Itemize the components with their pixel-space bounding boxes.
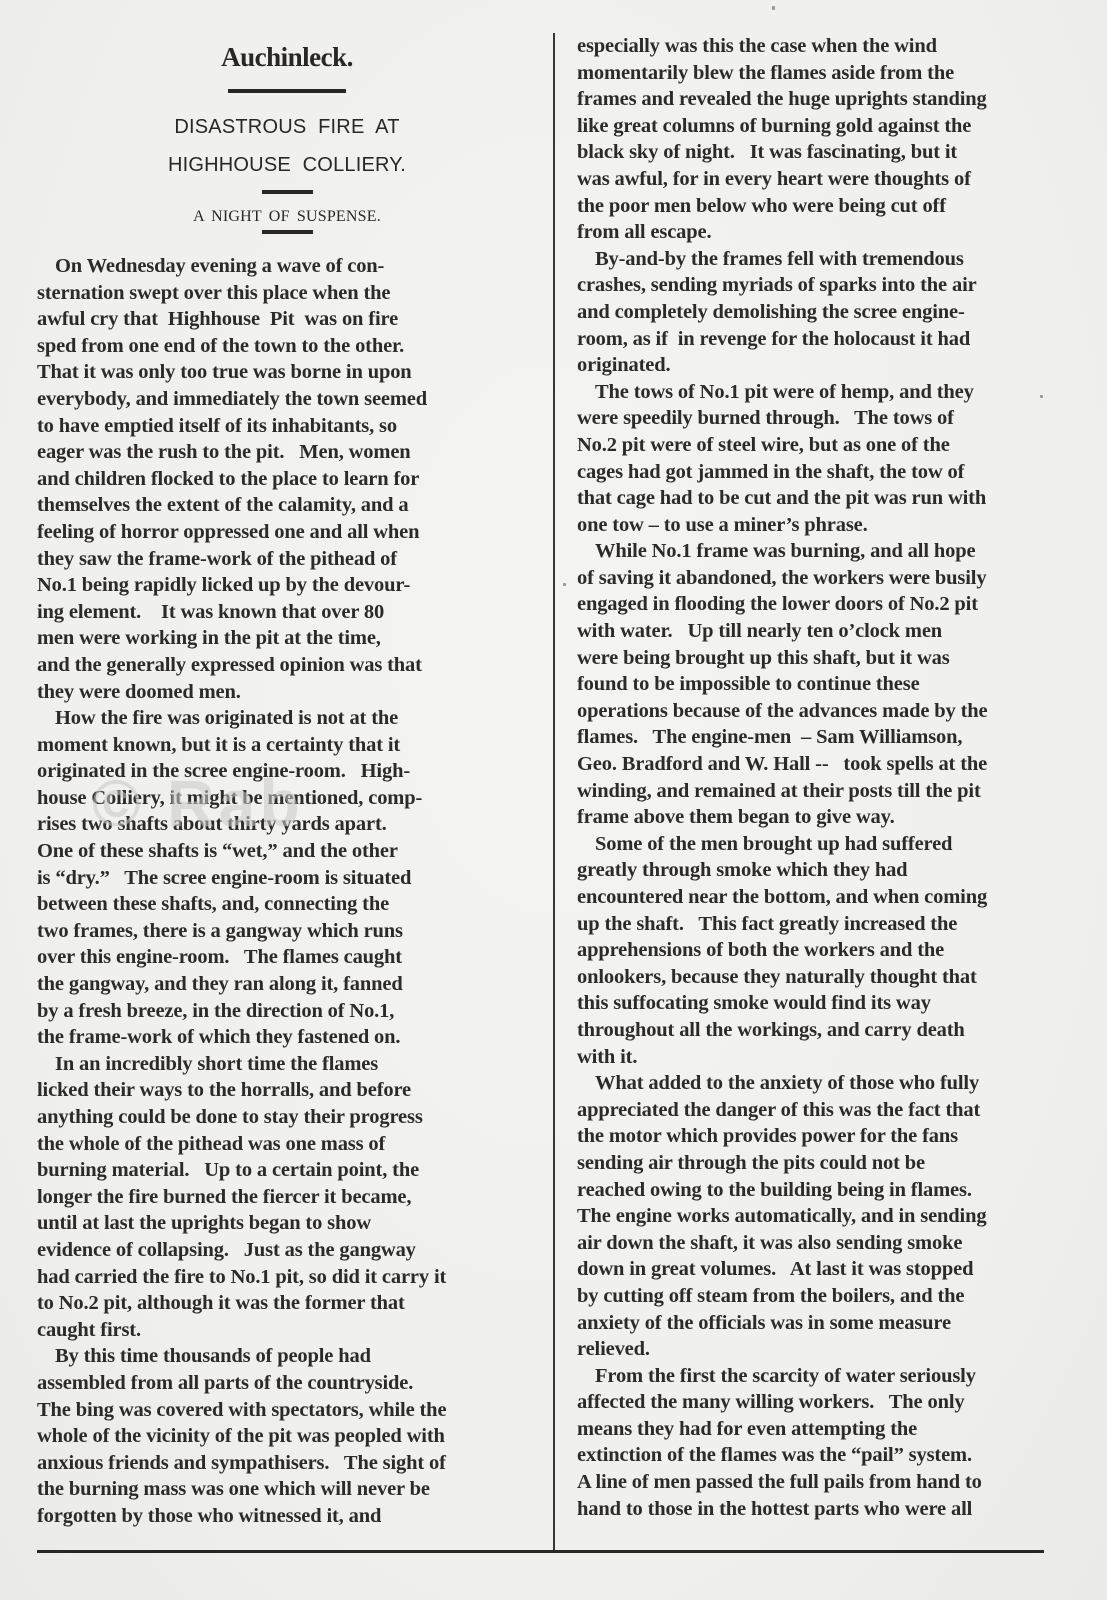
- text-line: and children flocked to the place to lea…: [37, 466, 537, 493]
- text-line: No.1 being rapidly licked up by the devo…: [37, 572, 537, 599]
- text-line: to have emptied itself of its inhabitant…: [37, 413, 537, 440]
- paragraph-first-line: Some of the men brought up had suffered: [577, 831, 1057, 858]
- text-line: whole of the vicinity of the pit was peo…: [37, 1423, 537, 1450]
- paragraph-first-line: By-and-by the frames fell with tremendou…: [577, 246, 1057, 273]
- text-line: had carried the fire to No.1 pit, so did…: [37, 1264, 537, 1291]
- text-line: from all escape.: [577, 219, 1057, 246]
- text-line: especially was this the case when the wi…: [577, 33, 1057, 60]
- text-line: relieved.: [577, 1336, 1057, 1363]
- text-line: That it was only too true was borne in u…: [37, 359, 537, 386]
- text-line: cages had got jammed in the shaft, the t…: [577, 459, 1057, 486]
- text-line: flames. The engine-men – Sam Williamson,: [577, 724, 1057, 751]
- text-line: longer the fire burned the fiercer it be…: [37, 1184, 537, 1211]
- text-line: caught first.: [37, 1317, 537, 1344]
- text-line: one tow – to use a miner’s phrase.: [577, 512, 1057, 539]
- text-line: men were working in the pit at the time,: [37, 625, 537, 652]
- text-line: until at last the uprights began to show: [37, 1210, 537, 1237]
- text-line: by cutting off steam from the boilers, a…: [577, 1283, 1057, 1310]
- text-line: air down the shaft, it was also sending …: [577, 1230, 1057, 1257]
- text-line: black sky of night. It was fascinating, …: [577, 139, 1057, 166]
- text-line: found to be impossible to continue these: [577, 671, 1057, 698]
- text-line: means they had for even attempting the: [577, 1416, 1057, 1443]
- text-line: by a fresh breeze, in the direction of N…: [37, 998, 537, 1025]
- text-line: up the shaft. This fact greatly increase…: [577, 911, 1057, 938]
- headline-rule: [262, 190, 313, 194]
- paragraph-first-line: By this time thousands of people had: [37, 1343, 537, 1370]
- headline-line-1: DISASTROUS FIRE AT: [37, 107, 537, 148]
- text-line: hand to those in the hottest parts who w…: [577, 1496, 1057, 1523]
- town-title: Auchinleck.: [37, 40, 537, 74]
- text-line: reached owing to the building being in f…: [577, 1177, 1057, 1204]
- text-line: were speedily burned through. The tows o…: [577, 405, 1057, 432]
- text-line: feeling of horror oppressed one and all …: [37, 519, 537, 546]
- text-line: engaged in flooding the lower doors of N…: [577, 591, 1057, 618]
- text-line: is “dry.” The scree engine-room is situa…: [37, 865, 537, 892]
- text-line: operations because of the advances made …: [577, 698, 1057, 725]
- text-line: extinction of the flames was the “pail” …: [577, 1442, 1057, 1469]
- text-line: originated in the scree engine-room. Hig…: [37, 758, 537, 785]
- text-line: assembled from all parts of the countrys…: [37, 1370, 537, 1397]
- text-line: the whole of the pithead was one mass of: [37, 1131, 537, 1158]
- text-line: momentarily blew the flames aside from t…: [577, 60, 1057, 87]
- text-line: anxiety of the officials was in some mea…: [577, 1310, 1057, 1337]
- paper-speck: [1040, 395, 1043, 398]
- column-divider: [553, 33, 555, 1552]
- text-line: evidence of collapsing. Just as the gang…: [37, 1237, 537, 1264]
- text-line: themselves the extent of the calamity, a…: [37, 492, 537, 519]
- text-line: forgotten by those who witnessed it, and: [37, 1503, 537, 1530]
- newspaper-clipping-page: Auchinleck. DISASTROUS FIRE AT HIGHHOUSE…: [0, 0, 1107, 1600]
- text-line: The engine works automatically, and in s…: [577, 1203, 1057, 1230]
- text-line: between these shafts, and, connecting th…: [37, 891, 537, 918]
- text-line: appreciated the danger of this was the f…: [577, 1097, 1057, 1124]
- text-line: this suffocating smoke would find its wa…: [577, 990, 1057, 1017]
- paragraph-first-line: What added to the anxiety of those who f…: [577, 1070, 1057, 1097]
- text-line: throughout all the workings, and carry d…: [577, 1017, 1057, 1044]
- text-line: the gangway, and they ran along it, fann…: [37, 971, 537, 998]
- text-line: The bing was covered with spectators, wh…: [37, 1397, 537, 1424]
- text-line: down in great volumes. At last it was st…: [577, 1256, 1057, 1283]
- headline: DISASTROUS FIRE AT HIGHHOUSE COLLIERY.: [37, 107, 537, 186]
- text-line: they saw the frame-work of the pithead o…: [37, 546, 537, 573]
- text-line: Geo. Bradford and W. Hall -- took spells…: [577, 751, 1057, 778]
- text-line: that cage had to be cut and the pit was …: [577, 485, 1057, 512]
- text-line: of saving it abandoned, the workers were…: [577, 565, 1057, 592]
- text-line: house Colliery, it might be mentioned, c…: [37, 785, 537, 812]
- text-line: greatly through smoke which they had: [577, 857, 1057, 884]
- paragraph-first-line: While No.1 frame was burning, and all ho…: [577, 538, 1057, 565]
- text-line: crashes, sending myriads of sparks into …: [577, 272, 1057, 299]
- text-line: the frame-work of which they fastened on…: [37, 1024, 537, 1051]
- paper-speck: [563, 583, 566, 586]
- text-line: and the generally expressed opinion was …: [37, 652, 537, 679]
- text-line: A line of men passed the full pails from…: [577, 1469, 1057, 1496]
- text-line: burning material. Up to a certain point,…: [37, 1157, 537, 1184]
- text-line: ing element. It was known that over 80: [37, 599, 537, 626]
- text-line: and completely demolishing the scree eng…: [577, 299, 1057, 326]
- text-line: frames and revealed the huge uprights st…: [577, 86, 1057, 113]
- text-line: were being brought up this shaft, but it…: [577, 645, 1057, 672]
- text-line: affected the many willing workers. The o…: [577, 1389, 1057, 1416]
- text-line: One of these shafts is “wet,” and the ot…: [37, 838, 537, 865]
- text-line: the motor which provides power for the f…: [577, 1123, 1057, 1150]
- text-line: they were doomed men.: [37, 679, 537, 706]
- text-line: anything could be done to stay their pro…: [37, 1104, 537, 1131]
- text-line: like great columns of burning gold again…: [577, 113, 1057, 140]
- paragraph-first-line: The tows of No.1 pit were of hemp, and t…: [577, 379, 1057, 406]
- text-line: eager was the rush to the pit. Men, wome…: [37, 439, 537, 466]
- subheadline: A NIGHT OF SUSPENSE.: [37, 208, 537, 226]
- text-line: originated.: [577, 352, 1057, 379]
- right-column-text: especially was this the case when the wi…: [577, 33, 1057, 1522]
- text-line: everybody, and immediately the town seem…: [37, 386, 537, 413]
- article-masthead: Auchinleck. DISASTROUS FIRE AT HIGHHOUSE…: [37, 40, 537, 234]
- text-line: to No.2 pit, although it was the former …: [37, 1290, 537, 1317]
- left-column-text: On Wednesday evening a wave of con-stern…: [37, 253, 537, 1530]
- text-line: with water. Up till nearly ten o’clock m…: [577, 618, 1057, 645]
- text-line: frame above them began to give way.: [577, 804, 1057, 831]
- paragraph-first-line: In an incredibly short time the flames: [37, 1051, 537, 1078]
- text-line: anxious friends and sympathisers. The si…: [37, 1450, 537, 1477]
- text-line: was awful, for in every heart were thoug…: [577, 166, 1057, 193]
- text-line: the poor men below who were being cut of…: [577, 193, 1057, 220]
- paragraph-first-line: From the first the scarcity of water ser…: [577, 1363, 1057, 1390]
- text-line: licked their ways to the horralls, and b…: [37, 1077, 537, 1104]
- text-line: apprehensions of both the workers and th…: [577, 937, 1057, 964]
- text-line: awful cry that Highhouse Pit was on fire: [37, 306, 537, 333]
- text-line: the burning mass was one which will neve…: [37, 1476, 537, 1503]
- text-line: moment known, but it is a certainty that…: [37, 732, 537, 759]
- text-line: over this engine-room. The flames caught: [37, 944, 537, 971]
- text-line: room, as if in revenge for the holocaust…: [577, 326, 1057, 353]
- paragraph-first-line: On Wednesday evening a wave of con-: [37, 253, 537, 280]
- headline-line-2: HIGHHOUSE COLLIERY.: [37, 145, 537, 186]
- text-line: winding, and remained at their posts til…: [577, 778, 1057, 805]
- text-line: sped from one end of the town to the oth…: [37, 333, 537, 360]
- bottom-rule: [37, 1550, 1044, 1553]
- paper-speck: [772, 6, 775, 10]
- text-line: onlookers, because they naturally though…: [577, 964, 1057, 991]
- subhead-rule: [262, 230, 313, 234]
- text-line: two frames, there is a gangway which run…: [37, 918, 537, 945]
- title-rule: [228, 89, 346, 93]
- text-line: sending air through the pits could not b…: [577, 1150, 1057, 1177]
- text-line: rises two shafts about thirty yards apar…: [37, 811, 537, 838]
- text-line: with it.: [577, 1044, 1057, 1071]
- text-line: encountered near the bottom, and when co…: [577, 884, 1057, 911]
- paragraph-first-line: How the fire was originated is not at th…: [37, 705, 537, 732]
- text-line: No.2 pit were of steel wire, but as one …: [577, 432, 1057, 459]
- text-line: sternation swept over this place when th…: [37, 280, 537, 307]
